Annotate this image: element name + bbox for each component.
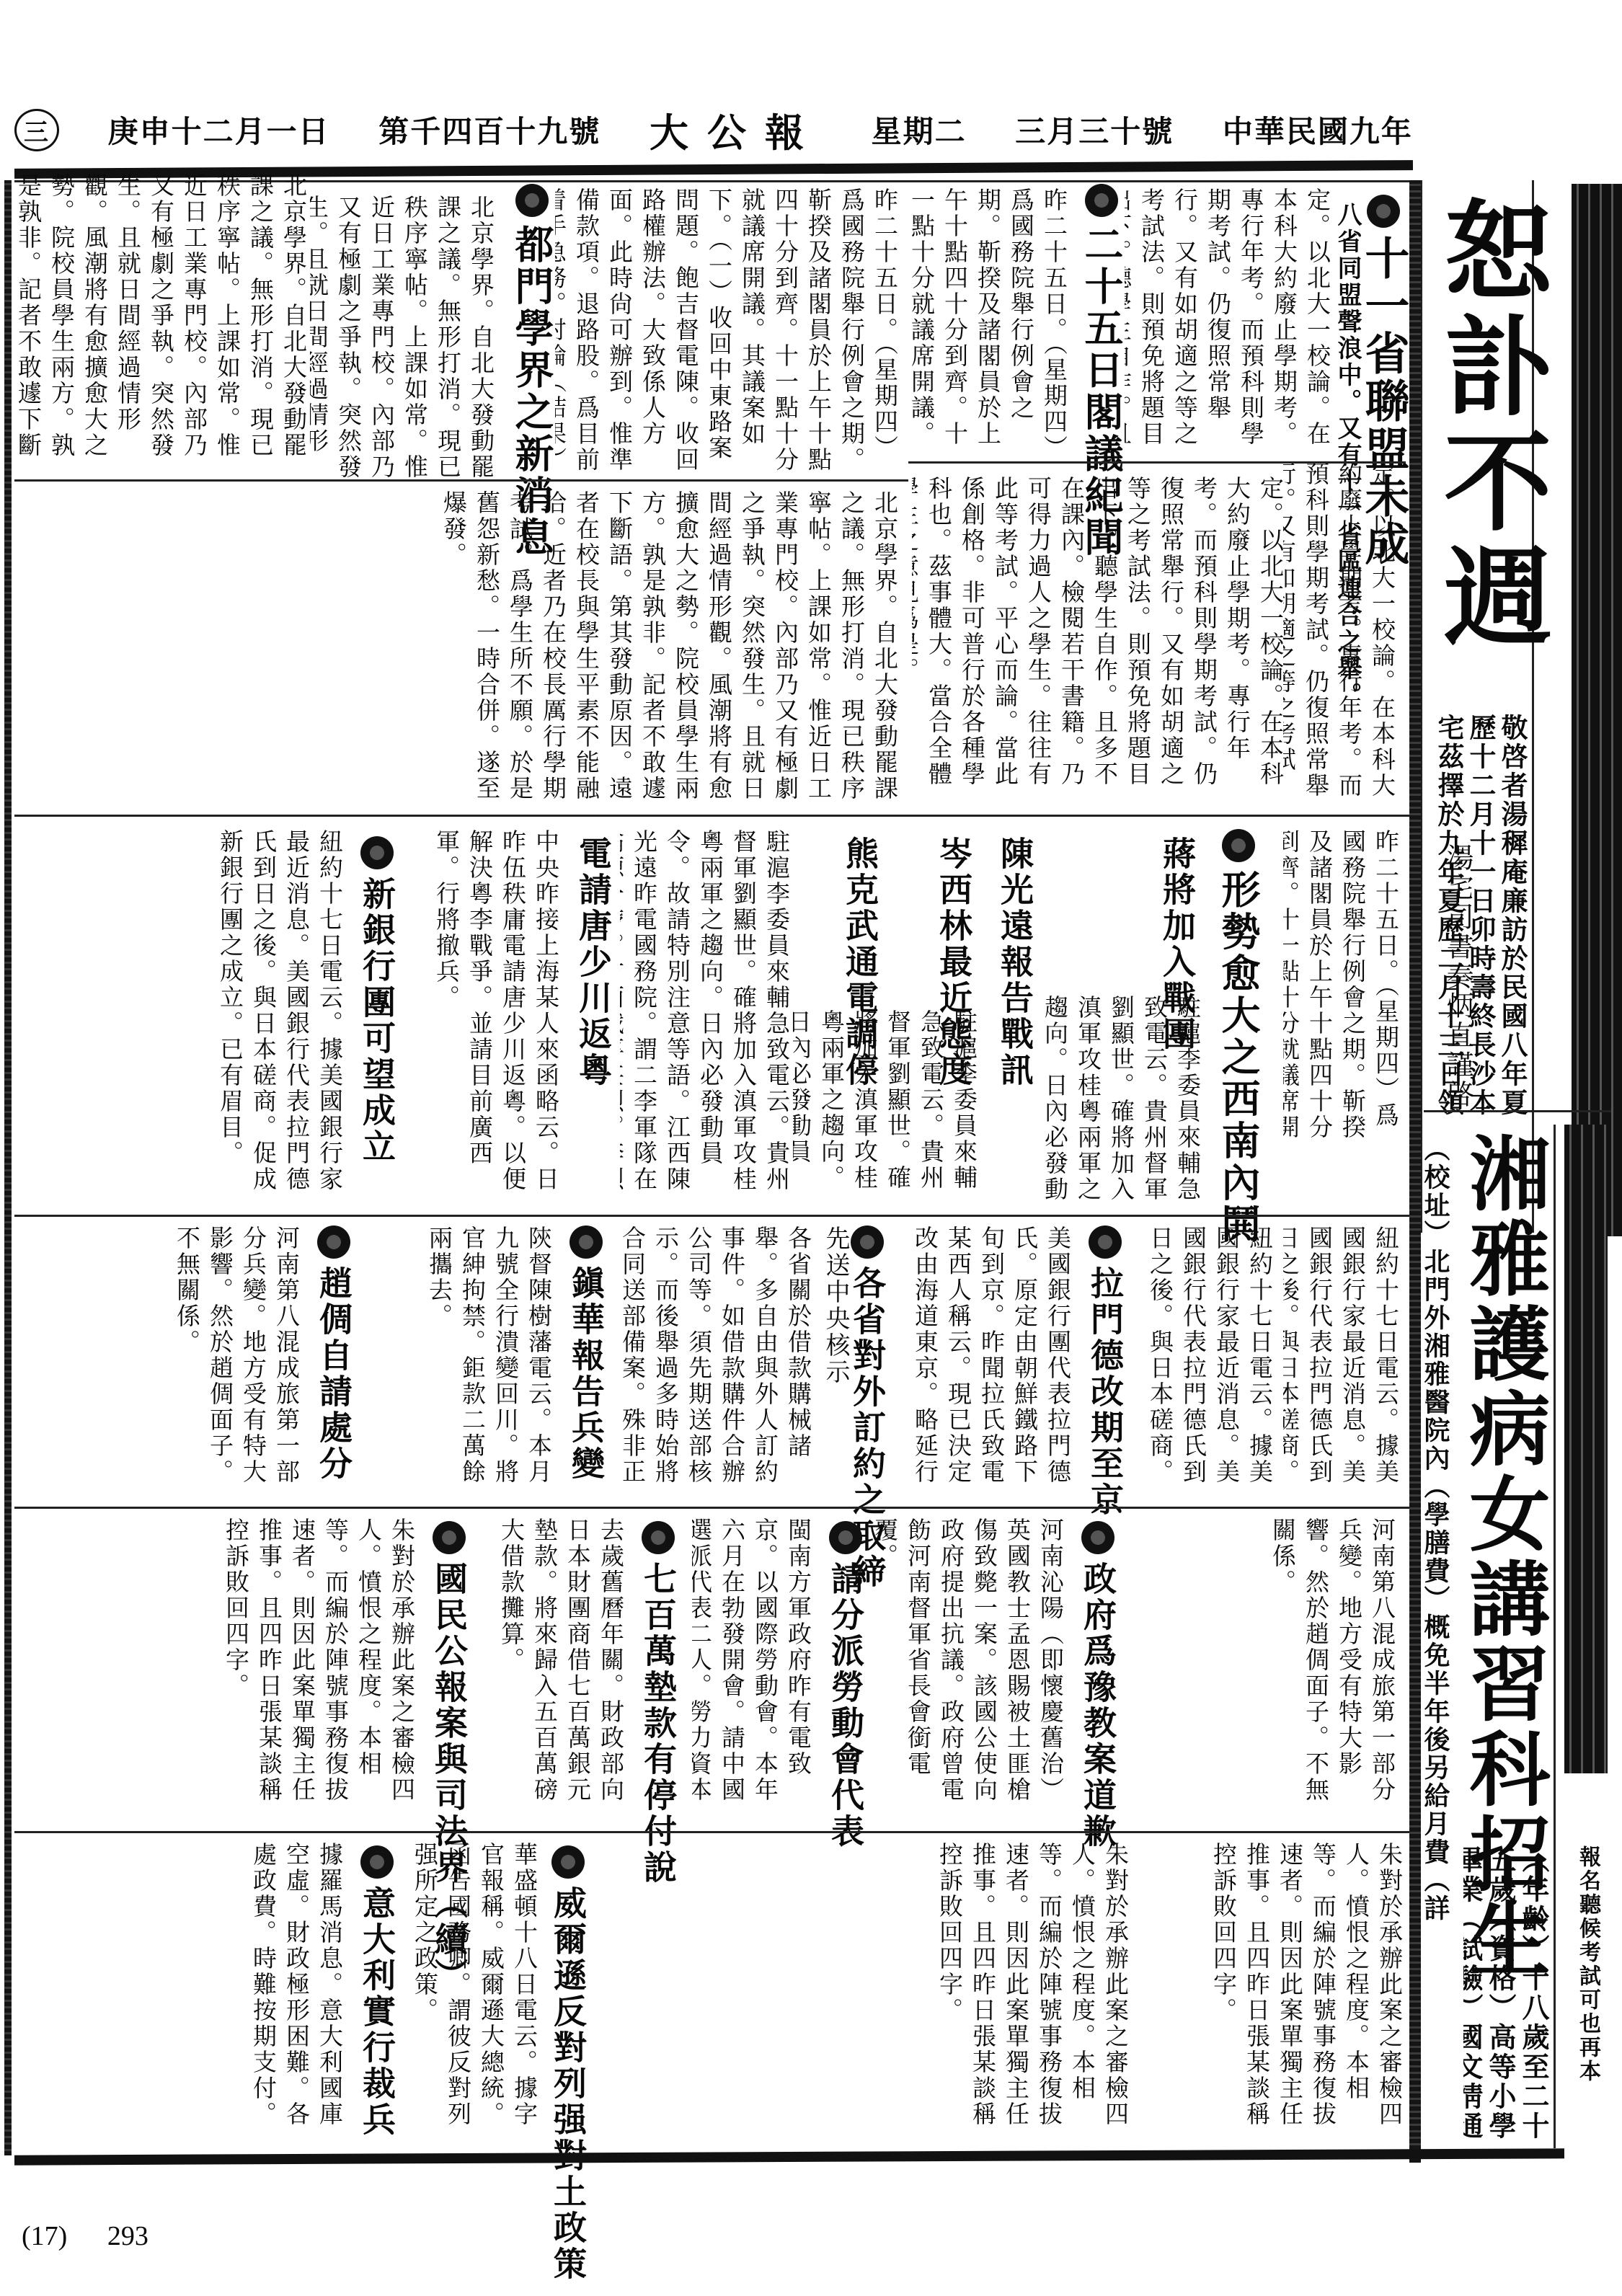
article-body-row5: 朱對於承辦此案之審檢四人。憤恨之程度。本相等。而編於陣號事務復拔速者。則因此案單… [1139, 1842, 1406, 2137]
ad-requirements: （年齡）十八歲至二十五歲（資格）高等小學畢業（試驗）國文淸通算術自分比例體格（試… [1463, 1845, 1550, 2163]
article-body-citizens-gazette: 朱對於承辦此案之審檢四人。憤恨之程度。本相等。而編於陣號事務復拔速者。則因此案單… [14, 1517, 418, 1820]
solar-date: 三月三十號 [1015, 108, 1174, 151]
band-rule-2 [14, 1215, 1409, 1217]
page-footer: (17) 293 [22, 2220, 182, 2252]
headline-zhenhua: 鎭華報告兵變 [562, 1225, 610, 1482]
article-body-capital-education: 北京學界。自北大發動罷課之議。無形打消。現已秩序寧帖。上課如常。惟近日工業專門校… [310, 195, 497, 483]
article-body-wilson-turkey: 華盛頓十八日電云。據字官報稱。威爾遜大總統。函告國務卿。謂彼反對列强所定之政策。 [404, 1842, 541, 2137]
bottom-rule [14, 2148, 1564, 2165]
article-body-tang-shaochuan: 中央昨接上海某人來函略云。日昨伍秩庸電請唐少川返粵。以便解決粵李戰爭。並請目前廣… [404, 829, 562, 1204]
headline-lamont: 拉門德改期至京 [1081, 1225, 1129, 1518]
ad-side-strip [1564, 1125, 1608, 1773]
page-marker: 三 [14, 109, 59, 151]
headline-bullet-icon [642, 1521, 675, 1554]
headline-bullet-icon [1085, 184, 1118, 217]
headline-banking-consortium: 新銀行團可望成立 [353, 836, 401, 1165]
article-body-zhao-ti: 河南第八混成旅第一部分兵變。地方受有特大影響。然於趙倜面子。不無關係。 [14, 1225, 303, 1499]
paper-name: 大公報 [650, 102, 823, 158]
headline-bullet-icon [1367, 195, 1400, 228]
article-body-cabinet-meeting: 昨二十五日。（星期四）爲國務院舉行例會之期。靳揆及諸閣員於上午十點四十分到齊。十… [912, 187, 1071, 454]
headline-bullet-icon [433, 1521, 466, 1554]
volume-number: (17) [22, 2221, 67, 2251]
masthead: 中華民國九年 三月三十號 星期二 大公報 第千四百十九號 庚申十二月一日 三 [14, 101, 1413, 159]
era-year: 中華民國九年 [1223, 108, 1413, 151]
lunar-date: 庚申十二月一日 [108, 108, 330, 151]
headline-bullet-icon [829, 1521, 862, 1554]
headline-bullet-icon [1081, 1521, 1114, 1554]
article-body-italy-disarm: 據羅馬消息。意大利國庫空虛。財政極形困難。各處政費。時難按期支付。 [22, 1842, 346, 2137]
headline-bullet-icon [360, 1845, 394, 1879]
article-body-foreign-contracts: 各省關於借款購械諸舉。多自由與外人訂約事件。如借款購件合辦公司等。須先期送部核示… [620, 1225, 815, 1499]
headline-bullet-icon [1089, 1225, 1122, 1259]
article-body-capital-education-2: 北京學界。自北大發動罷課之議。無形打消。現已秩序寧帖。上課如常。惟近日工業專門校… [14, 173, 310, 476]
ad-side-strip-text: 報名聽候考試可也再本 [1572, 1845, 1603, 2083]
ad-address: （校址）北門外湘雅醫院內（學膳費）概免半年後另給月費（詳章）函索即寄科長美國蓋儀… [1417, 1135, 1453, 1928]
notice-title: 恕訃不週 [1431, 195, 1546, 656]
left-border [4, 180, 12, 2155]
ad-border [1554, 1125, 1556, 2148]
article-body-capital-education-3: 北京學界。自北大發動罷課之議。無形打消。現已秩序寧帖。上課如常。惟近日工業專門校… [14, 490, 901, 807]
subhead-chen-guangyuan: 陳光遠報告戰訊 [991, 836, 1039, 1089]
issue-number: 第千四百十九號 [378, 108, 601, 151]
page-number: 293 [107, 2221, 149, 2251]
headline-bullet-icon [570, 1225, 603, 1259]
article-body-cabinet-meeting-3: 昨二十五日。（星期四）爲國務院舉行例會之期。靳揆及諸閣員於上午十點四十分到齊。十… [555, 187, 901, 476]
newspaper-page: 中華民國九年 三月三十號 星期二 大公報 第千四百十九號 庚申十二月一日 三 恕… [0, 0, 1622, 2296]
weekday: 星期二 [872, 108, 967, 151]
article-body-row5-2: 朱對於承辦此案之審檢四人。憤恨之程度。本相等。而編於陣號事務復拔速者。則因此案單… [598, 1842, 1132, 2137]
headline-bullet-icon [851, 1225, 884, 1259]
band-rule-1 [14, 815, 1409, 817]
article-body-seven-million-loan: 去歲舊曆年關。財政部向日本財團商借七百萬銀元墊款。將來歸入五百萬磅大借款攤算。 [476, 1517, 627, 1820]
band-rule-4 [14, 1831, 1409, 1833]
ad-top-rule [1424, 1110, 1611, 1112]
article-body-henan-missionary: 河南沁陽（即懷慶舊治）英國教士孟恩賜被土匪槍傷致斃一案。該國公使向政府提出抗議。… [872, 1517, 1067, 1820]
headline-southwest-situation: 形勢愈大之西南內鬨 [1211, 829, 1267, 1246]
article-body-banking-continued-2: 紐約十七日電云。據美國銀行家最近消息。美國銀行代表拉門德氏到日之後。與日本磋商。… [1146, 1225, 1276, 1499]
subhead-foreign-contracts: 先送中央核示 [818, 1225, 854, 1386]
headline-bullet-icon [317, 1225, 350, 1259]
article-body-lamont: 美國銀行團代表拉門德氏。原定由朝鮮鐵路下旬到京。昨聞拉氏致電某西人稱云。現已決定… [908, 1225, 1074, 1499]
article-body-banking-continued: 紐約十七日電云。據美國銀行家最近消息。美國銀行代表拉門德氏到日之後。與日本磋商。… [1283, 1225, 1402, 1499]
article-body-cabinet-meeting-2: 定。以北大一校論。在本科大約廢止學期考。專行年考。而預科則學期考試。仍復照常舉行… [912, 476, 1287, 793]
headline-labor-delegates: 請分派勞動會代表 [822, 1521, 869, 1850]
notice-signature: 湯宅司書奏炳直謹啓 [1438, 843, 1478, 1109]
article-body-banking-consortium: 紐約十七日電云。據美國銀行家最近消息。美國銀行代表拉門德氏到日之後。與日本磋商。… [14, 829, 346, 1204]
article-body-southwest: 駐滬李委員來輔急致電云。貴州督軍劉顯世。確將加入滇軍攻桂粵兩軍之趨向。日內必發動… [1038, 995, 1204, 1204]
article-body-continued: 昨二十五日。（星期四）爲國務院舉行例會之期。靳揆及諸閣員於上午十點四十分到齊。十… [1283, 829, 1402, 1153]
section-rule [14, 479, 908, 482]
headline-tang-shaochuan: 電請唐少川返粵 [570, 836, 617, 1089]
headline-zhao-ti: 趙倜自請處分 [310, 1225, 358, 1482]
article-body-zhenhua: 陝督陳樹藩電云。本月九號全行潰變回川。將官紳拘禁。鉅款二萬餘兩攜去。 [360, 1225, 555, 1499]
article-body-labor-delegates: 閩南方軍政府昨有電致京。以國際勞動會。本年六月在勃發開會。請中國選派代表二人。勞… [692, 1517, 815, 1820]
article-body-southwest-2: 駐滬李委員來輔急致電云。貴州督軍劉顯世。確將加入滇軍攻桂粵兩軍之趨向。日內必發動… [793, 1009, 980, 1204]
headline-bullet-icon [515, 184, 549, 217]
headline-bullet-icon [360, 836, 394, 869]
article-body-eleven-provinces: 定。以北大一校論。在本科大約廢止學期考。專行年考。而預科則學期考試。仍復照常舉行… [1283, 461, 1399, 822]
headline-italy-disarm: 意大利實行裁兵 [353, 1845, 401, 2138]
band-rule-3 [14, 1507, 1409, 1509]
section-rule [908, 461, 1406, 464]
article-continued-text: 定。以北大一校論。在本科大約廢止學期考。專行年考。而預科則學期考試。仍復照常舉行… [1125, 187, 1334, 447]
headline-wilson-turkey: 威爾遜反對列强對土政策 [544, 1845, 592, 2282]
headline-bullet-icon [1222, 829, 1255, 862]
headline-bullet-icon [551, 1845, 585, 1879]
edge-ad-strip [1572, 184, 1622, 1236]
article-body-southwest-3: 駐滬李委員來輔急致電云。貴州督軍劉顯世。確將加入滇軍攻桂粵兩軍之趨向。日內必發動… [620, 829, 793, 1204]
headline-henan-missionary: 政府爲豫教案道歉 [1074, 1521, 1122, 1850]
article-body-row4: 河南第八混成旅第一部分兵變。地方受有特大影響。然於趙倜面子。不無關係。 [1153, 1517, 1399, 1820]
